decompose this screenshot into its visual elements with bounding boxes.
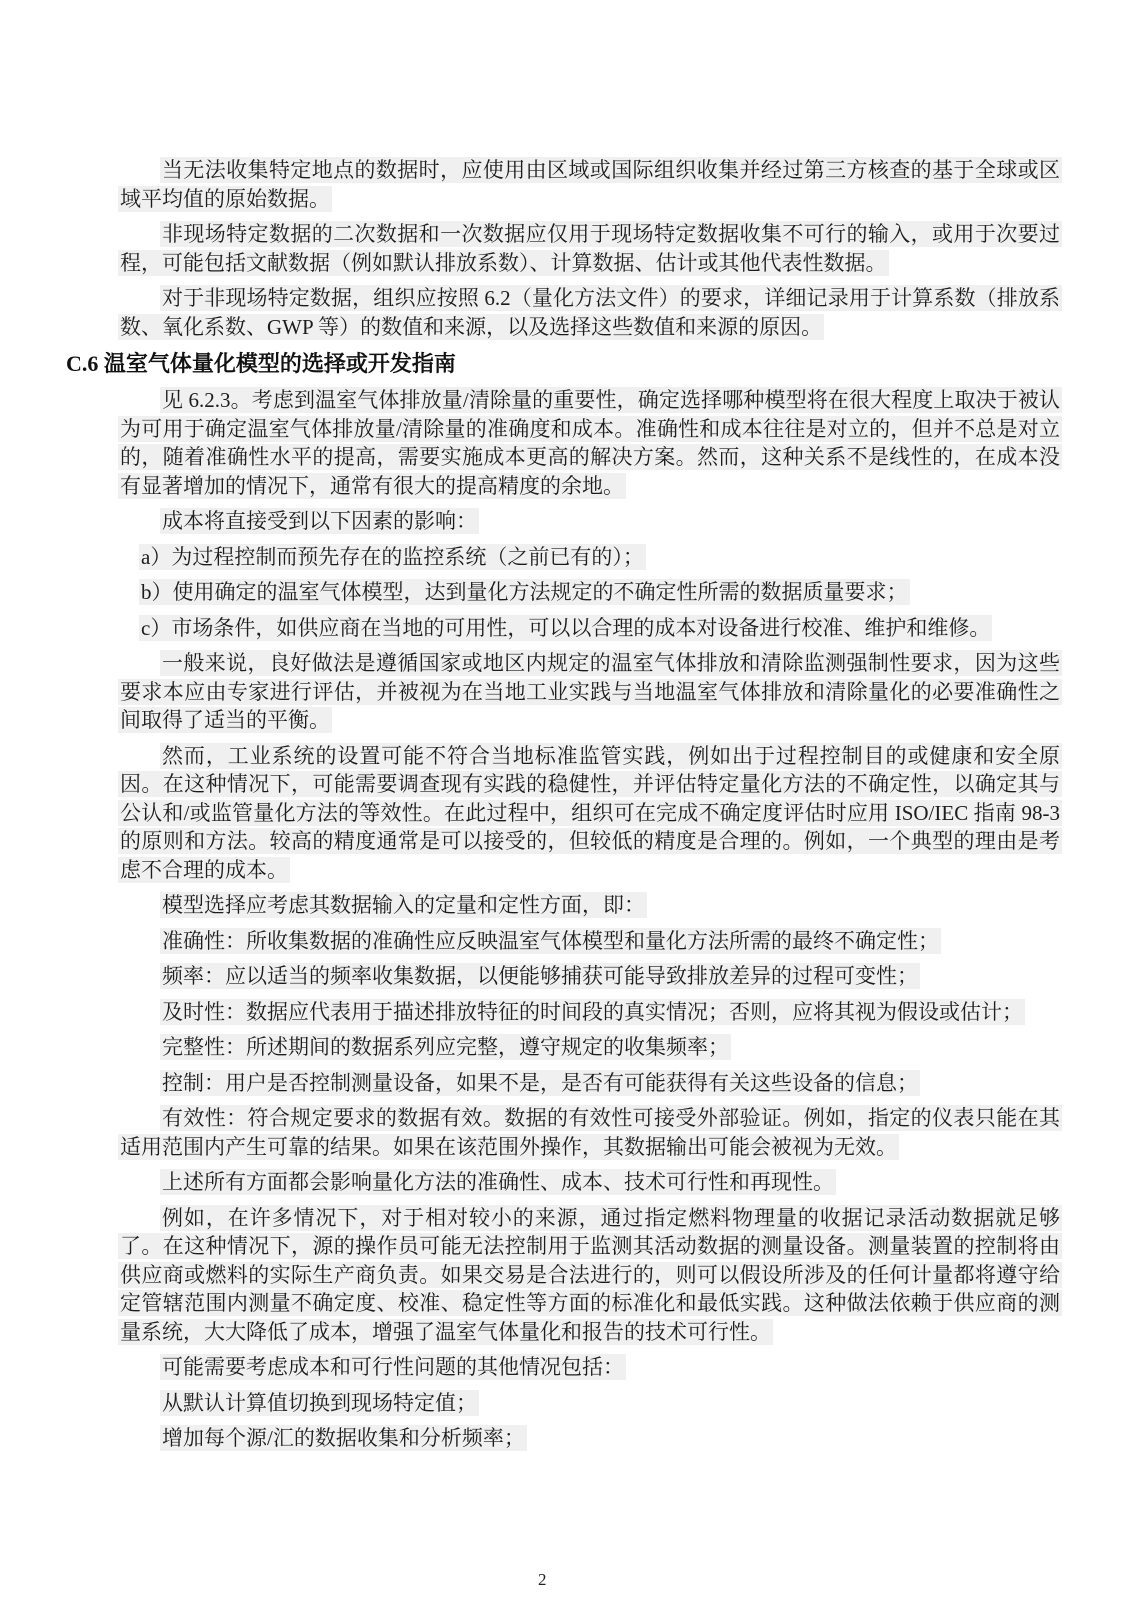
highlighted-text: 成本将直接受到以下因素的影响： — [160, 508, 479, 534]
paragraph: 及时性：数据应代表用于描述排放特征的时间段的真实情况；否则，应将其视为假设或估计… — [118, 998, 1062, 1027]
highlighted-text: 一般来说，良好做法是遵循国家或地区内规定的温室气体排放和清除监测强制性要求，因为… — [118, 650, 1062, 733]
page-number: 2 — [538, 1570, 547, 1590]
highlighted-text: c）市场条件，如供应商在当地的可用性，可以以合理的成本对设备进行校准、维护和维修… — [139, 615, 992, 641]
highlighted-text: 有效性：符合规定要求的数据有效。数据的有效性可接受外部验证。例如，指定的仪表只能… — [118, 1105, 1062, 1160]
paragraph: 成本将直接受到以下因素的影响： — [118, 507, 1062, 536]
paragraph: 例如，在许多情况下，对于相对较小的来源，通过指定燃料物理量的收据记录活动数据就足… — [118, 1204, 1062, 1347]
paragraph: 控制：用户是否控制测量设备，如果不是，是否有可能获得有关这些设备的信息； — [118, 1069, 1062, 1098]
highlighted-text: 增加每个源/汇的数据收集和分析频率； — [160, 1425, 527, 1451]
document-page: 当无法收集特定地点的数据时，应使用由区域或国际组织收集并经过第三方核查的基于全球… — [0, 0, 1130, 1600]
highlighted-text: 上述所有方面都会影响量化方法的准确性、成本、技术可行性和再现性。 — [160, 1169, 836, 1195]
paragraph: 上述所有方面都会影响量化方法的准确性、成本、技术可行性和再现性。 — [118, 1168, 1062, 1197]
paragraph: 模型选择应考虑其数据输入的定量和定性方面，即： — [118, 891, 1062, 920]
highlighted-text: 对于非现场特定数据，组织应按照 6.2（量化方法文件）的要求，详细记录用于计算系… — [118, 285, 1062, 340]
paragraph: 从默认计算值切换到现场特定值； — [118, 1389, 1062, 1418]
highlighted-text: 从默认计算值切换到现场特定值； — [160, 1390, 479, 1416]
highlighted-text: b）使用确定的温室气体模型，达到量化方法规定的不确定性所需的数据质量要求； — [139, 579, 910, 605]
section-heading: C.6 温室气体量化模型的选择或开发指南 — [66, 349, 1062, 378]
document-body: 当无法收集特定地点的数据时，应使用由区域或国际组织收集并经过第三方核查的基于全球… — [66, 149, 1062, 1460]
highlighted-text: a）为过程控制而预先存在的监控系统（之前已有的）； — [139, 544, 646, 570]
highlighted-text: 及时性：数据应代表用于描述排放特征的时间段的真实情况；否则，应将其视为假设或估计… — [160, 999, 1025, 1025]
highlighted-text: 例如，在许多情况下，对于相对较小的来源，通过指定燃料物理量的收据记录活动数据就足… — [118, 1205, 1062, 1345]
paragraph: b）使用确定的温室气体模型，达到量化方法规定的不确定性所需的数据质量要求； — [118, 578, 1062, 607]
highlighted-text: 完整性：所述期间的数据系列应完整，遵守规定的收集频率； — [160, 1034, 731, 1060]
paragraph: 可能需要考虑成本和可行性问题的其他情况包括： — [118, 1353, 1062, 1382]
paragraph: 增加每个源/汇的数据收集和分析频率； — [118, 1424, 1062, 1453]
paragraph: a）为过程控制而预先存在的监控系统（之前已有的）； — [118, 543, 1062, 572]
paragraph: 准确性：所收集数据的准确性应反映温室气体模型和量化方法所需的最终不确定性； — [118, 927, 1062, 956]
highlighted-text: 非现场特定数据的二次数据和一次数据应仅用于现场特定数据收集不可行的输入，或用于次… — [118, 221, 1062, 276]
paragraph: 完整性：所述期间的数据系列应完整，遵守规定的收集频率； — [118, 1033, 1062, 1062]
paragraph: 然而，工业系统的设置可能不符合当地标准监管实践，例如出于过程控制目的或健康和安全… — [118, 742, 1062, 885]
highlighted-text: 然而，工业系统的设置可能不符合当地标准监管实践，例如出于过程控制目的或健康和安全… — [118, 743, 1062, 883]
paragraph: 有效性：符合规定要求的数据有效。数据的有效性可接受外部验证。例如，指定的仪表只能… — [118, 1104, 1062, 1161]
highlighted-text: 控制：用户是否控制测量设备，如果不是，是否有可能获得有关这些设备的信息； — [160, 1070, 920, 1096]
paragraph: 当无法收集特定地点的数据时，应使用由区域或国际组织收集并经过第三方核查的基于全球… — [118, 156, 1062, 213]
highlighted-text: 可能需要考虑成本和可行性问题的其他情况包括： — [160, 1354, 626, 1380]
highlighted-text: 模型选择应考虑其数据输入的定量和定性方面，即： — [160, 892, 647, 918]
paragraph: 见 6.2.3。考虑到温室气体排放量/清除量的重要性，确定选择哪种模型将在很大程… — [118, 386, 1062, 500]
paragraph: 频率：应以适当的频率收集数据，以便能够捕获可能导致排放差异的过程可变性； — [118, 962, 1062, 991]
paragraph: 非现场特定数据的二次数据和一次数据应仅用于现场特定数据收集不可行的输入，或用于次… — [118, 220, 1062, 277]
paragraph: 对于非现场特定数据，组织应按照 6.2（量化方法文件）的要求，详细记录用于计算系… — [118, 284, 1062, 341]
highlighted-text: 频率：应以适当的频率收集数据，以便能够捕获可能导致排放差异的过程可变性； — [160, 963, 920, 989]
paragraph: c）市场条件，如供应商在当地的可用性，可以以合理的成本对设备进行校准、维护和维修… — [118, 614, 1062, 643]
highlighted-text: 见 6.2.3。考虑到温室气体排放量/清除量的重要性，确定选择哪种模型将在很大程… — [118, 387, 1062, 499]
paragraph: 一般来说，良好做法是遵循国家或地区内规定的温室气体排放和清除监测强制性要求，因为… — [118, 649, 1062, 735]
highlighted-text: 准确性：所收集数据的准确性应反映温室气体模型和量化方法所需的最终不确定性； — [160, 928, 941, 954]
highlighted-text: 当无法收集特定地点的数据时，应使用由区域或国际组织收集并经过第三方核查的基于全球… — [118, 157, 1062, 212]
